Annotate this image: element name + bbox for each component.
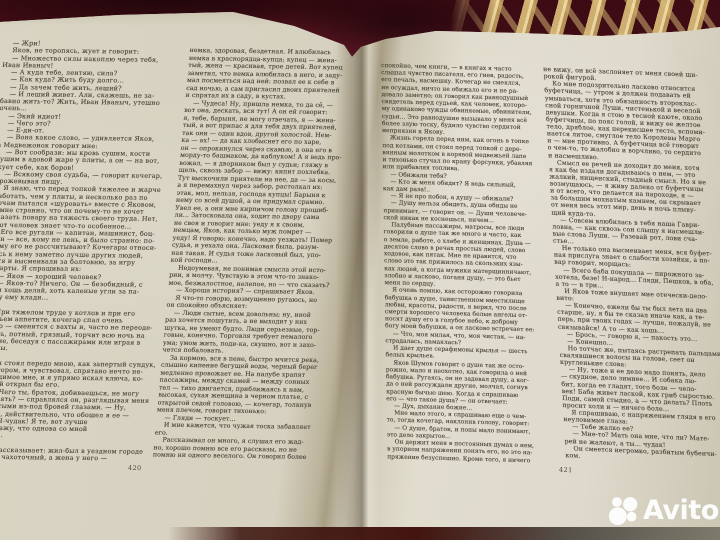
open-book: — Жри! Яков, не торопясь, жует и говорит… [0, 0, 720, 540]
text-line: помню ни одного веселого. Он говорил бол… [153, 451, 315, 461]
right-page-number: 421 [559, 466, 573, 474]
avito-brand-text: Avito [643, 497, 719, 524]
book-photo: — Жри! Яков, не торопясь, жует и говорит… [0, 0, 720, 540]
left-page-number: 420 [128, 464, 142, 472]
left-page-column-1: — Жри! Яков, не торопясь, жует и говорит… [0, 40, 177, 463]
book-bottom-edge [168, 527, 720, 540]
avito-logo-icon [608, 494, 640, 526]
right-page-column-2: не вижу, он всё заслоняет от меня своей … [543, 66, 720, 465]
left-page-column-2: немка, здоровая, бездетная. И влюбиласьн… [153, 47, 352, 461]
avito-watermark: Avito [608, 494, 719, 526]
right-page-column-1: спокойно, чем книги, — в книгах я частос… [381, 63, 537, 465]
